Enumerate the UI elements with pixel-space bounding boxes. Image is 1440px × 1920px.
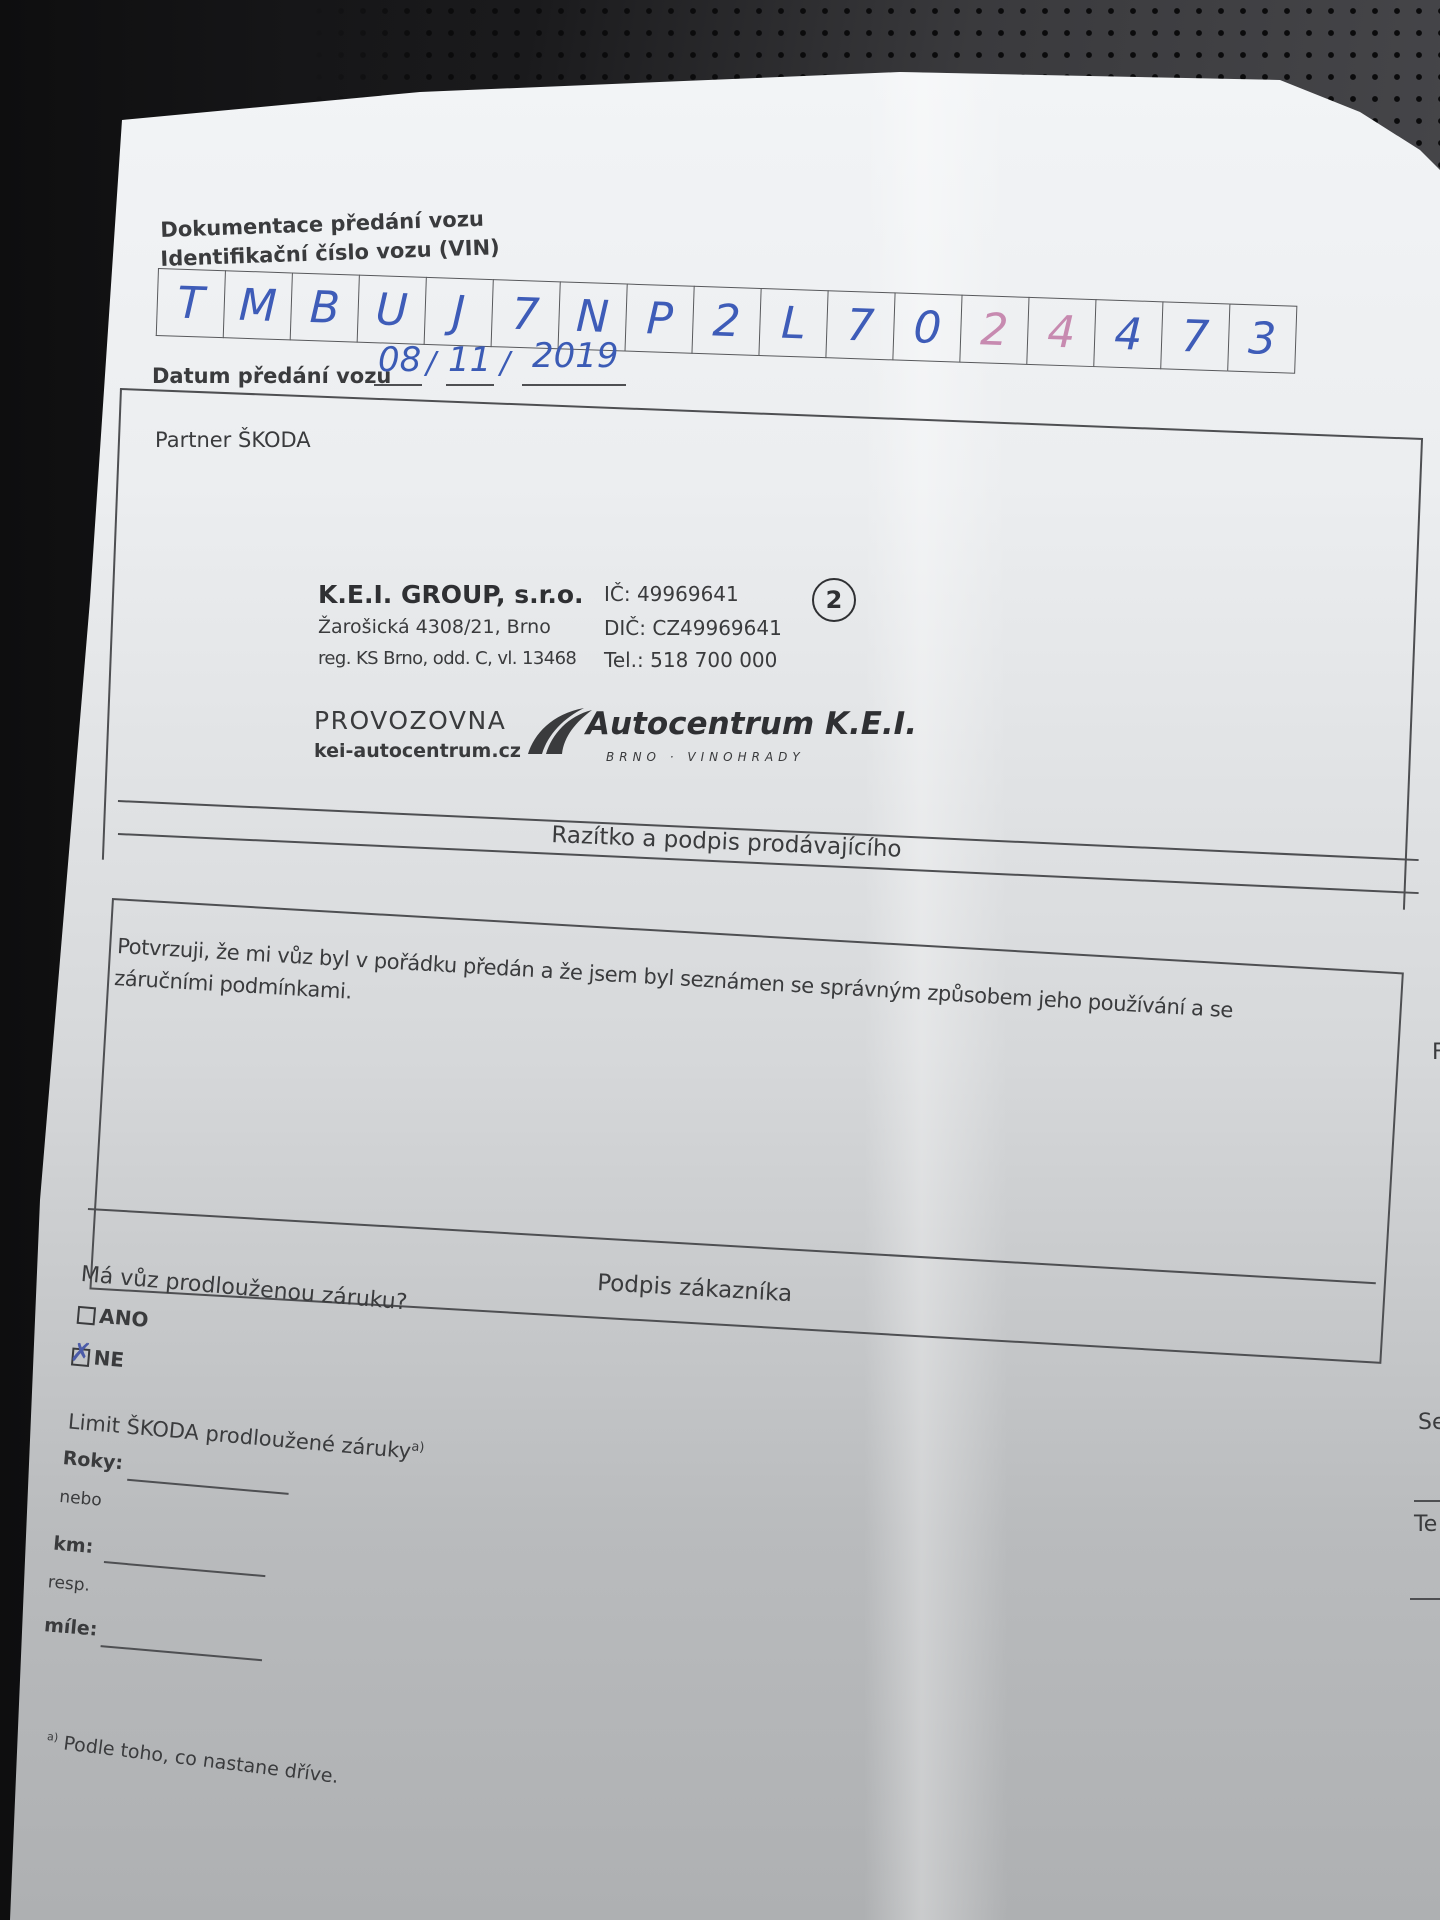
vin-char: U — [357, 275, 426, 345]
checkbox-ano[interactable] — [77, 1306, 97, 1326]
vin-char: 7 — [1160, 301, 1229, 371]
vin-char: L — [758, 288, 827, 358]
vin-char: P — [624, 284, 693, 354]
vin-label: Identifikační číslo vozu (VIN) — [160, 235, 500, 271]
option-ano-label: ANO — [98, 1304, 149, 1332]
customer-signature-area[interactable] — [100, 1010, 1380, 1210]
vin-char: M — [223, 270, 292, 340]
vin-char: 3 — [1227, 304, 1297, 374]
footnote: a) Podle toho, co nastane dříve. — [45, 1730, 340, 1788]
seller-signature-area[interactable] — [130, 470, 1400, 800]
miles-input[interactable] — [101, 1645, 263, 1661]
date-sep: / — [500, 346, 510, 381]
facing-page-fragment: Se — [1418, 1410, 1440, 1435]
or-label: nebo — [59, 1487, 103, 1511]
date-day: 08 — [378, 340, 421, 380]
handover-date-label: Datum předání vozu — [152, 364, 391, 388]
date-sep: / — [426, 346, 436, 381]
facing-page-fragment: F — [1432, 1040, 1440, 1065]
vin-char: 4 — [1093, 299, 1162, 369]
vin-char: 0 — [892, 292, 961, 362]
vin-char: 4 — [1026, 297, 1095, 367]
resp-label: resp. — [47, 1572, 91, 1596]
date-year: 2019 — [532, 336, 619, 376]
facing-page-fragment: Te — [1414, 1512, 1437, 1537]
date-month: 11 — [448, 340, 491, 380]
km-input[interactable] — [104, 1561, 266, 1577]
vin-char: B — [290, 272, 359, 342]
handover-date-field[interactable]: 08 / 11 / 2019 — [372, 340, 632, 390]
check-mark-icon: ✗ — [69, 1337, 93, 1369]
partner-label: Partner ŠKODA — [155, 428, 311, 452]
years-input[interactable] — [127, 1479, 289, 1495]
vin-char: 2 — [959, 295, 1028, 365]
years-label: Roky: — [62, 1447, 124, 1474]
vin-field[interactable]: T M B U J 7 N P 2 L 7 0 2 4 4 7 3 — [156, 268, 1298, 374]
option-ne-label: NE — [93, 1345, 125, 1372]
vin-char: J — [424, 277, 493, 347]
km-label: km: — [52, 1533, 94, 1558]
vin-char: T — [156, 268, 225, 338]
vin-char: 2 — [691, 286, 760, 356]
form-content: Dokumentace předání vozu Identifikační č… — [0, 0, 1440, 1920]
vin-char: 7 — [825, 290, 894, 360]
miles-label: míle: — [43, 1614, 98, 1641]
